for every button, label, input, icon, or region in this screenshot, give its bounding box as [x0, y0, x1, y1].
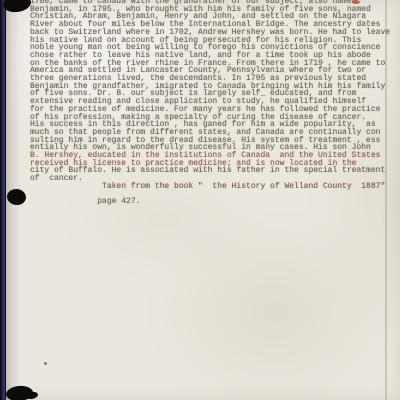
body-paragraph-end: city of Buffalo. He is associated with h… — [30, 166, 385, 183]
body-paragraph-red-ink: B. Hershey, educated in the institutions… — [30, 151, 380, 168]
page-reference: page 427. — [30, 197, 140, 206]
typewritten-text-block: 1786, came to Canada with the grandfathe… — [30, 0, 396, 206]
scan-edge-binding-strip — [1, 0, 5, 400]
scanned-document-page: 1786, came to Canada with the grandfathe… — [0, 0, 400, 400]
red-ink-speck — [352, 0, 360, 4]
ink-speck — [44, 362, 47, 365]
source-citation: Taken from the book " the History of Wel… — [30, 182, 385, 191]
body-paragraph-main: 1786, came to Canada with the grandfathe… — [30, 0, 390, 152]
